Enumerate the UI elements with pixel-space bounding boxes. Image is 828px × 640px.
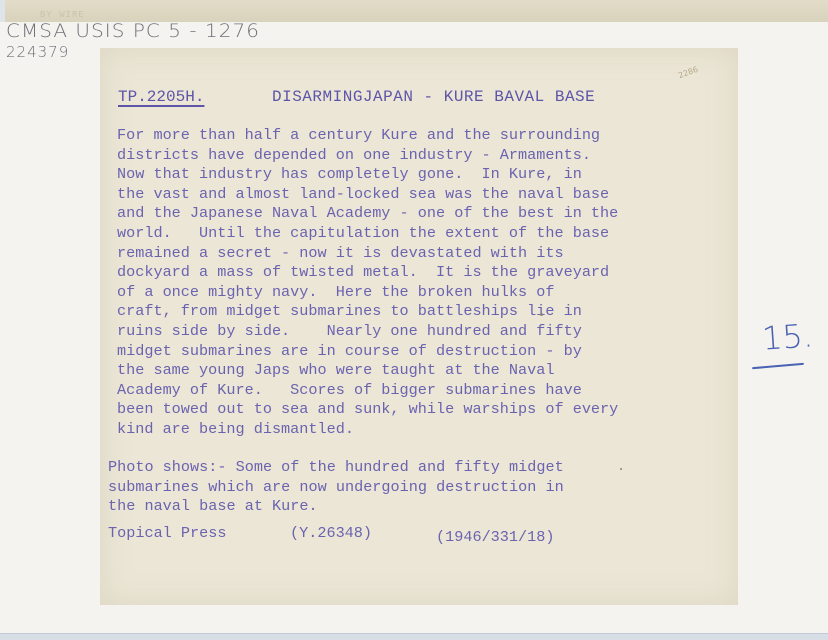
paper-speck (620, 468, 622, 470)
photo-shows-paragraph: Photo shows:- Some of the hundred and fi… (108, 458, 564, 517)
body-line: Academy of Kure. Scores of bigger submar… (117, 381, 618, 401)
left-edge-highlight (0, 0, 5, 22)
handwritten-reference: CMSA USIS PC 5 - 1276 (6, 20, 260, 42)
credit-agency: Topical Press (108, 524, 226, 542)
body-line: and the Japanese Naval Academy - one of … (117, 204, 618, 224)
body-line: For more than half a century Kure and th… (117, 126, 618, 146)
body-line: world. Until the capitulation the extent… (117, 224, 618, 244)
body-line: districts have depended on one industry … (117, 146, 618, 166)
body-line: dockyard a mass of twisted metal. It is … (117, 263, 618, 283)
body-line: ruins side by side. Nearly one hundred a… (117, 322, 618, 342)
body-paragraph: For more than half a century Kure and th… (117, 126, 618, 440)
handwritten-annotation: 15. (761, 316, 814, 357)
body-line: been towed out to sea and sunk, while wa… (117, 400, 618, 420)
bottom-edge (0, 633, 828, 640)
credit-line: Topical Press (Y.26348) (1946/331/18) (108, 524, 144, 614)
reference-code: TP.2205H. (118, 88, 204, 106)
headline: DISARMINGJAPAN - KURE BAVAL BASE (272, 88, 595, 106)
body-line: Now that industry has completely gone. I… (117, 165, 618, 185)
body-line: the same young Japs who were taught at t… (117, 361, 618, 381)
body-line: remained a secret - now it is devastated… (117, 244, 618, 264)
faint-stamp-text: BY WIRE (40, 10, 85, 20)
paper-speck (540, 313, 543, 316)
handwritten-number: 224379 (6, 43, 69, 61)
body-line: craft, from midget submarines to battles… (117, 302, 618, 322)
photo-shows-line: submarines which are now undergoing dest… (108, 478, 564, 498)
caption-sheet: 2286 TP.2205H. DISARMINGJAPAN - KURE BAV… (100, 48, 738, 605)
credit-file-reference: (1946/331/18) (436, 528, 554, 546)
body-line: kind are being dismantled. (117, 420, 618, 440)
faint-sheet-stamp: 2286 (677, 65, 699, 80)
credit-negative-number: (Y.26348) (290, 524, 372, 542)
body-line: of a once mighty navy. Here the broken h… (117, 283, 618, 303)
photo-shows-line: Photo shows:- Some of the hundred and fi… (108, 458, 564, 478)
body-line: midget submarines are in course of destr… (117, 342, 618, 362)
body-line: the vast and almost land-locked sea was … (117, 185, 618, 205)
photo-shows-line: the naval base at Kure. (108, 497, 564, 517)
